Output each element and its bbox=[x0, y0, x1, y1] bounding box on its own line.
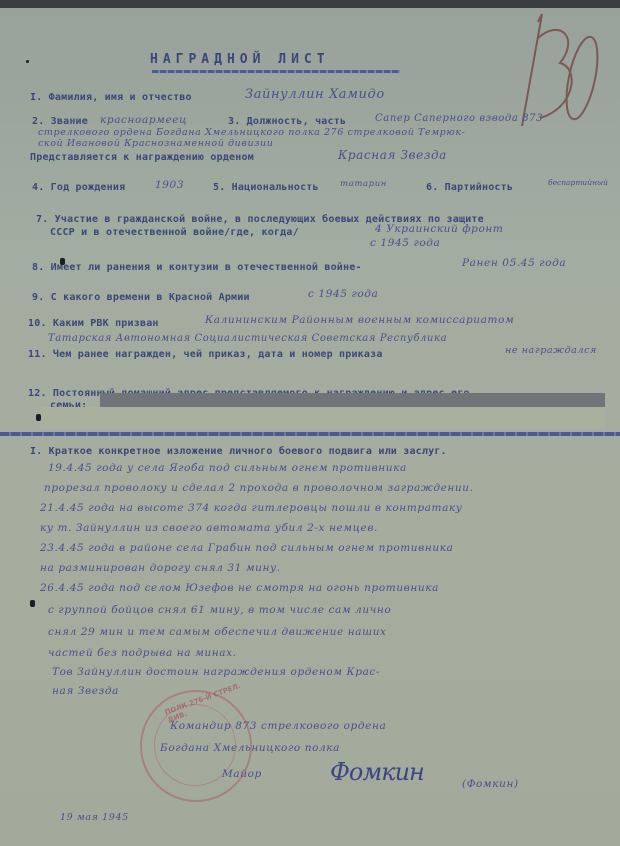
margin-mark bbox=[30, 600, 35, 607]
field-5-label: 5. Национальность bbox=[213, 182, 319, 193]
document-title: НАГРАДНОЙ ЛИСТ bbox=[150, 52, 330, 67]
field-10-value-cont: Татарская Автономная Социалистическая Со… bbox=[48, 333, 447, 344]
narrative-line: 26.4.45 года под селом Юзефов не смотря … bbox=[40, 582, 439, 594]
narrative-line: на разминирован дорогу снял 31 мину. bbox=[40, 562, 281, 574]
field-6-value: беспартийный bbox=[548, 178, 608, 187]
field-4-label: 4. Год рождения bbox=[32, 182, 125, 193]
narrative-line: ку т. Зайнуллин из своего автомата убил … bbox=[40, 522, 378, 534]
document-date: 19 мая 1945 bbox=[60, 812, 129, 823]
commander-signature: Фомкин bbox=[330, 758, 424, 786]
field-4-value: 1903 bbox=[155, 179, 184, 191]
award-nomination-label: Представляется к награждению орденом bbox=[30, 152, 254, 163]
archive-number-130 bbox=[500, 8, 600, 128]
field-7-label-cont: СССР и в отечественной войне/где, когда/ bbox=[50, 227, 299, 238]
redaction-bar bbox=[100, 393, 605, 407]
award-nomination-value: Красная Звезда bbox=[338, 148, 447, 162]
signature-name: (Фомкин) bbox=[462, 778, 519, 790]
narrative-line: ная Звезда bbox=[52, 685, 119, 697]
field-1-label: I. Фамилия, имя и отчество bbox=[30, 92, 192, 103]
section-divider bbox=[0, 432, 620, 436]
field-2-label: 2. Звание bbox=[32, 116, 88, 127]
field-8-value: Ранен 05.45 года bbox=[462, 257, 566, 269]
award-sheet-page: НАГРАДНОЙ ЛИСТ I. Фамилия, имя и отчеств… bbox=[0, 0, 620, 846]
narrative-line: 23.4.45 года в районе села Грабин под си… bbox=[40, 542, 454, 554]
narrative-line: частей без подрыва на минах. bbox=[48, 647, 237, 659]
signature-line-2: Богдана Хмельницкого полка bbox=[160, 742, 340, 754]
field-3-label: 3. Должность, часть bbox=[228, 116, 346, 127]
field-7-value-cont: с 1945 года bbox=[370, 237, 440, 249]
field-3-value-cont-1: стрелкового ордена Богдана Хмельницкого … bbox=[38, 127, 465, 138]
signature-rank: Майор bbox=[222, 768, 262, 780]
margin-mark bbox=[26, 60, 29, 63]
field-10-value: Калининским Районным военным комиссариат… bbox=[205, 314, 514, 326]
field-11-value: не награждался bbox=[505, 345, 597, 356]
field-3-value-cont-2: ской Ивановой Краснознаменной дивизии bbox=[38, 138, 273, 149]
field-2-value: красноармеец bbox=[100, 114, 187, 126]
field-9-label: 9. С какого времени в Красной Армии bbox=[32, 292, 250, 303]
narrative-line: снял 29 мин и тем самым обеспечил движен… bbox=[48, 626, 387, 638]
field-5-value: татарин bbox=[340, 179, 387, 189]
redaction-blank bbox=[40, 407, 605, 429]
field-1-value: Зайнуллин Хамидо bbox=[245, 87, 385, 102]
margin-mark bbox=[36, 414, 41, 421]
field-11-label: 11. Чем ранее награжден, чей приказ, дат… bbox=[28, 349, 383, 360]
narrative-line: 19.4.45 года у села Ягоба под сильным ог… bbox=[48, 462, 407, 474]
narrative-line: 21.4.45 года на высоте 374 когда гитлеро… bbox=[40, 502, 463, 514]
field-7-value: 4 Украинский фронт bbox=[375, 223, 503, 235]
narrative-line: Тов Зайнуллин достоин награждения ордено… bbox=[52, 666, 380, 678]
field-10-label: 10. Каким РВК призван bbox=[28, 318, 159, 329]
field-3-value: Сапер Саперного взвода 873 bbox=[375, 113, 543, 124]
narrative-section-title: I. Краткое конкретное изложение личного … bbox=[30, 446, 447, 457]
signature-line-1: Командир 873 стрелкового ордена bbox=[170, 720, 386, 732]
scan-edge bbox=[0, 0, 620, 8]
title-underline bbox=[152, 70, 400, 73]
field-8-label: 8. Имеет ли ранения и контузии в отечест… bbox=[32, 262, 362, 273]
narrative-line: прорезал проволоку и сделал 2 прохода в … bbox=[44, 482, 474, 494]
narrative-line: с группой бойцов снял 61 мину, в том чис… bbox=[48, 604, 391, 616]
field-9-value: с 1945 года bbox=[308, 288, 378, 300]
margin-mark bbox=[60, 258, 65, 265]
field-6-label: 6. Партийность bbox=[426, 182, 513, 193]
